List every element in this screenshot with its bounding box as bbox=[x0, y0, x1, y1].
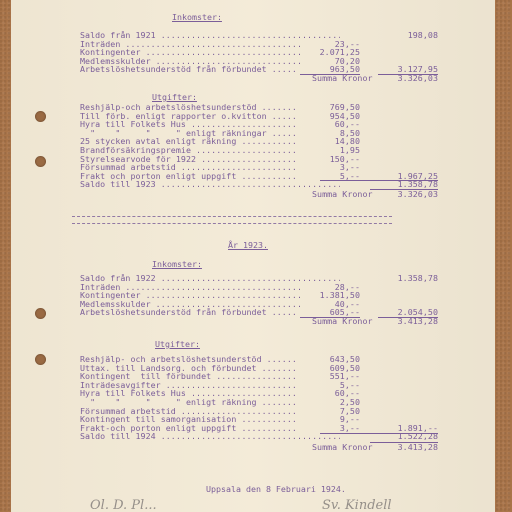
signature-right: Sv. Kindell bbox=[322, 498, 392, 512]
expense-heading-1922: Utgifter: bbox=[152, 92, 197, 102]
total-amount: 3.326,03 bbox=[378, 190, 438, 199]
income-heading-1922: Inkomster: bbox=[172, 12, 222, 22]
total-amount: 3.326,03 bbox=[378, 74, 438, 83]
ledger-row-label: Saldo till 1923 ........................… bbox=[80, 180, 340, 189]
punch-hole bbox=[35, 111, 46, 122]
ledger-row-label: Saldo till 1924 ........................… bbox=[80, 432, 340, 441]
total-label: Summa Kronor bbox=[312, 74, 373, 83]
subtotal-rule bbox=[320, 433, 438, 434]
subtotal-rule bbox=[370, 189, 438, 190]
total-label: Summa Kronor bbox=[312, 190, 373, 199]
total-label: Summa Kronor bbox=[312, 317, 373, 326]
ledger-subtotal: 198,08 bbox=[378, 31, 438, 40]
punch-hole bbox=[35, 308, 46, 319]
section-divider bbox=[72, 216, 392, 224]
income-heading-1923: Inkomster: bbox=[152, 259, 202, 269]
punch-hole bbox=[35, 156, 46, 167]
subtotal-rule bbox=[320, 180, 438, 181]
punch-hole bbox=[35, 354, 46, 365]
expense-heading-1923: Utgifter: bbox=[155, 339, 200, 349]
year-title-1923: År 1923. bbox=[228, 240, 268, 250]
total-amount: 3.413,28 bbox=[378, 443, 438, 452]
place-date: Uppsala den 8 Februari 1924. bbox=[206, 484, 346, 494]
ledger-subtotal: 1.358,78 bbox=[378, 274, 438, 283]
total-amount: 3.413,28 bbox=[378, 317, 438, 326]
subtotal-rule bbox=[370, 442, 438, 443]
total-label: Summa Kronor bbox=[312, 443, 373, 452]
signature-left: Ol. D. Pl... bbox=[90, 498, 157, 512]
